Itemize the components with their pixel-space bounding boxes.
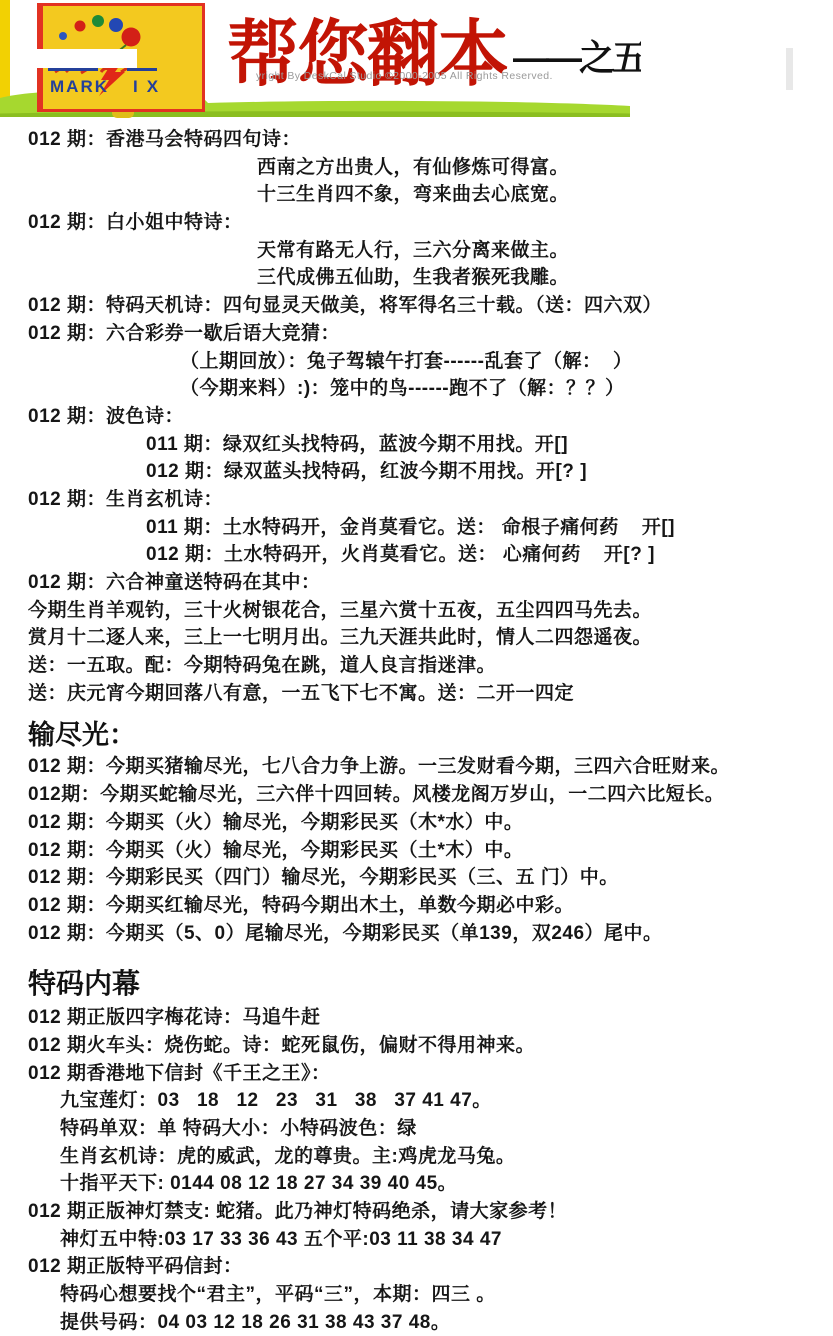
text-line: 012 期：土水特码开，火肖莫看它。送： 心痛何药 开[? ] bbox=[0, 541, 833, 569]
text-line: 神灯五中特:03 17 33 36 43 五个平:03 11 38 34 47 bbox=[0, 1226, 833, 1254]
text-line: 012 期：六合神童送特码在其中： bbox=[0, 569, 833, 597]
text-line: 012 期：今期买猪输尽光，七八合力争上游。一三发财看今期，三四六合旺财来。 bbox=[0, 753, 833, 781]
text-line: 012 期正版四字梅花诗：马追牛赶 bbox=[0, 1004, 833, 1032]
text-line: 三代成佛五仙助，生我者猴死我雕。 bbox=[0, 264, 833, 292]
section-heading: 特码内幕 bbox=[0, 947, 833, 1004]
text-line: 012期：今期买蛇输尽光，三六伴十四回转。风楼龙阁万岁山，一二四六比短长。 bbox=[0, 781, 833, 809]
text-line: 十三生肖四不象，弯来曲去心底宽。 bbox=[0, 181, 833, 209]
text-line: （今期来料）:)：笼中的鸟------跑不了（解：？？） bbox=[0, 375, 833, 403]
brand-text-mark: MARK bbox=[50, 77, 109, 96]
text-line: 送：一五取。配：今期特码兔在跳，道人良言指迷津。 bbox=[0, 652, 833, 680]
text-line: 012 期正版神灯禁支: 蛇猪。此乃神灯特码绝杀，请大家参考！ bbox=[0, 1198, 833, 1226]
tip-sheet-page: MARK IX 帮您翻本 ——之五 yright By DeskCal Stud… bbox=[0, 0, 833, 1336]
text-line: 十指平天下: 0144 08 12 18 27 34 39 40 45。 bbox=[0, 1170, 833, 1198]
brand-rule-left bbox=[48, 68, 98, 71]
text-line: 特码单双：单 特码大小：小特码波色：绿 bbox=[0, 1115, 833, 1143]
text-line: 011 期：土水特码开，金肖莫看它。送： 命根子痛何药 开[] bbox=[0, 514, 833, 542]
text-line: 011 期：绿双红头找特码，蓝波今期不用找。开[] bbox=[0, 431, 833, 459]
text-line: 012 期正版特平码信封： bbox=[0, 1253, 833, 1281]
text-line: 012 期：香港马会特码四句诗： bbox=[0, 126, 833, 154]
text-line: 012 期：今期买（5、0）尾输尽光，今期彩民买（单139，双246）尾中。 bbox=[0, 920, 833, 948]
text-line: 送：庆元宵今期回落八有意，一五飞下七不寓。送：二开一四定 bbox=[0, 680, 833, 708]
ball-icon bbox=[75, 21, 86, 32]
text-line: 012 期：特码天机诗：四句显灵天做美，将军得名三十载。（送：四六双） bbox=[0, 292, 833, 320]
ball-icon bbox=[59, 32, 67, 40]
text-line: 提供号码：04 03 12 18 26 31 38 43 37 48。 bbox=[0, 1309, 833, 1336]
header: MARK IX 帮您翻本 ——之五 yright By DeskCal Stud… bbox=[0, 0, 833, 122]
text-line: 012 期：白小姐中特诗： bbox=[0, 209, 833, 237]
scan-artifact bbox=[786, 48, 793, 90]
text-line: 生肖玄机诗：虎的威武，龙的尊贵。主:鸡虎龙马兔。 bbox=[0, 1143, 833, 1171]
text-line: 九宝莲灯：03 18 12 23 31 38 37 41 47。 bbox=[0, 1087, 833, 1115]
text-line: 012 期火车头：烧伤蛇。诗：蛇死鼠伤，偏财不得用神来。 bbox=[0, 1032, 833, 1060]
text-line: 012 期：六合彩券一歇后语大竞猜： bbox=[0, 320, 833, 348]
ball-icon bbox=[92, 15, 104, 27]
document-body: 012 期：香港马会特码四句诗： 西南之方出贵人，有仙修炼可得富。 十三生肖四不… bbox=[0, 126, 833, 1336]
text-line: 赏月十二逐人来，三上一七明月出。三九天涯共此时，情人二四怨遥夜。 bbox=[0, 624, 833, 652]
text-line: 今期生肖羊观钓，三十火树银花合，三星六赏十五夜，五尘四四马先去。 bbox=[0, 597, 833, 625]
watermark-text: yright By DeskCal Studio ©2000-2005 All … bbox=[256, 70, 553, 82]
ball-icon bbox=[122, 28, 141, 47]
text-line: 特码心想要找个“君主”，平码“三”，本期：四三 。 bbox=[0, 1281, 833, 1309]
text-line: 西南之方出贵人，有仙修炼可得富。 bbox=[0, 154, 833, 182]
text-line: 012 期：今期买（火）输尽光，今期彩民买（木*水）中。 bbox=[0, 809, 833, 837]
text-line: 012 期：绿双蓝头找特码，红波今期不用找。开[? ] bbox=[0, 458, 833, 486]
text-line: 012 期：今期彩民买（四门）输尽光，今期彩民买（三、五 门）中。 bbox=[0, 864, 833, 892]
brand-rule-right bbox=[127, 68, 157, 71]
text-line: 012 期香港地下信封《千王之王》： bbox=[0, 1060, 833, 1088]
text-line: 012 期：生肖玄机诗： bbox=[0, 486, 833, 514]
brand-text-ix: IX bbox=[133, 77, 167, 96]
text-line: 012 期：波色诗： bbox=[0, 403, 833, 431]
text-line: 012 期：今期买（火）输尽光，今期彩民买（土*木）中。 bbox=[0, 837, 833, 865]
text-line: （上期回放）：兔子驾辕午打套------乱套了（解： ） bbox=[0, 348, 833, 376]
page-title: 帮您翻本 bbox=[227, 0, 507, 100]
section-heading: 输尽光： bbox=[0, 707, 833, 753]
text-line: 天常有路无人行，三六分离来做主。 bbox=[0, 237, 833, 265]
ball-icon bbox=[109, 18, 123, 32]
text-line: 012 期：今期买红输尽光，特码今期出木土，单数今期必中彩。 bbox=[0, 892, 833, 920]
white-overlay-box bbox=[25, 49, 137, 68]
